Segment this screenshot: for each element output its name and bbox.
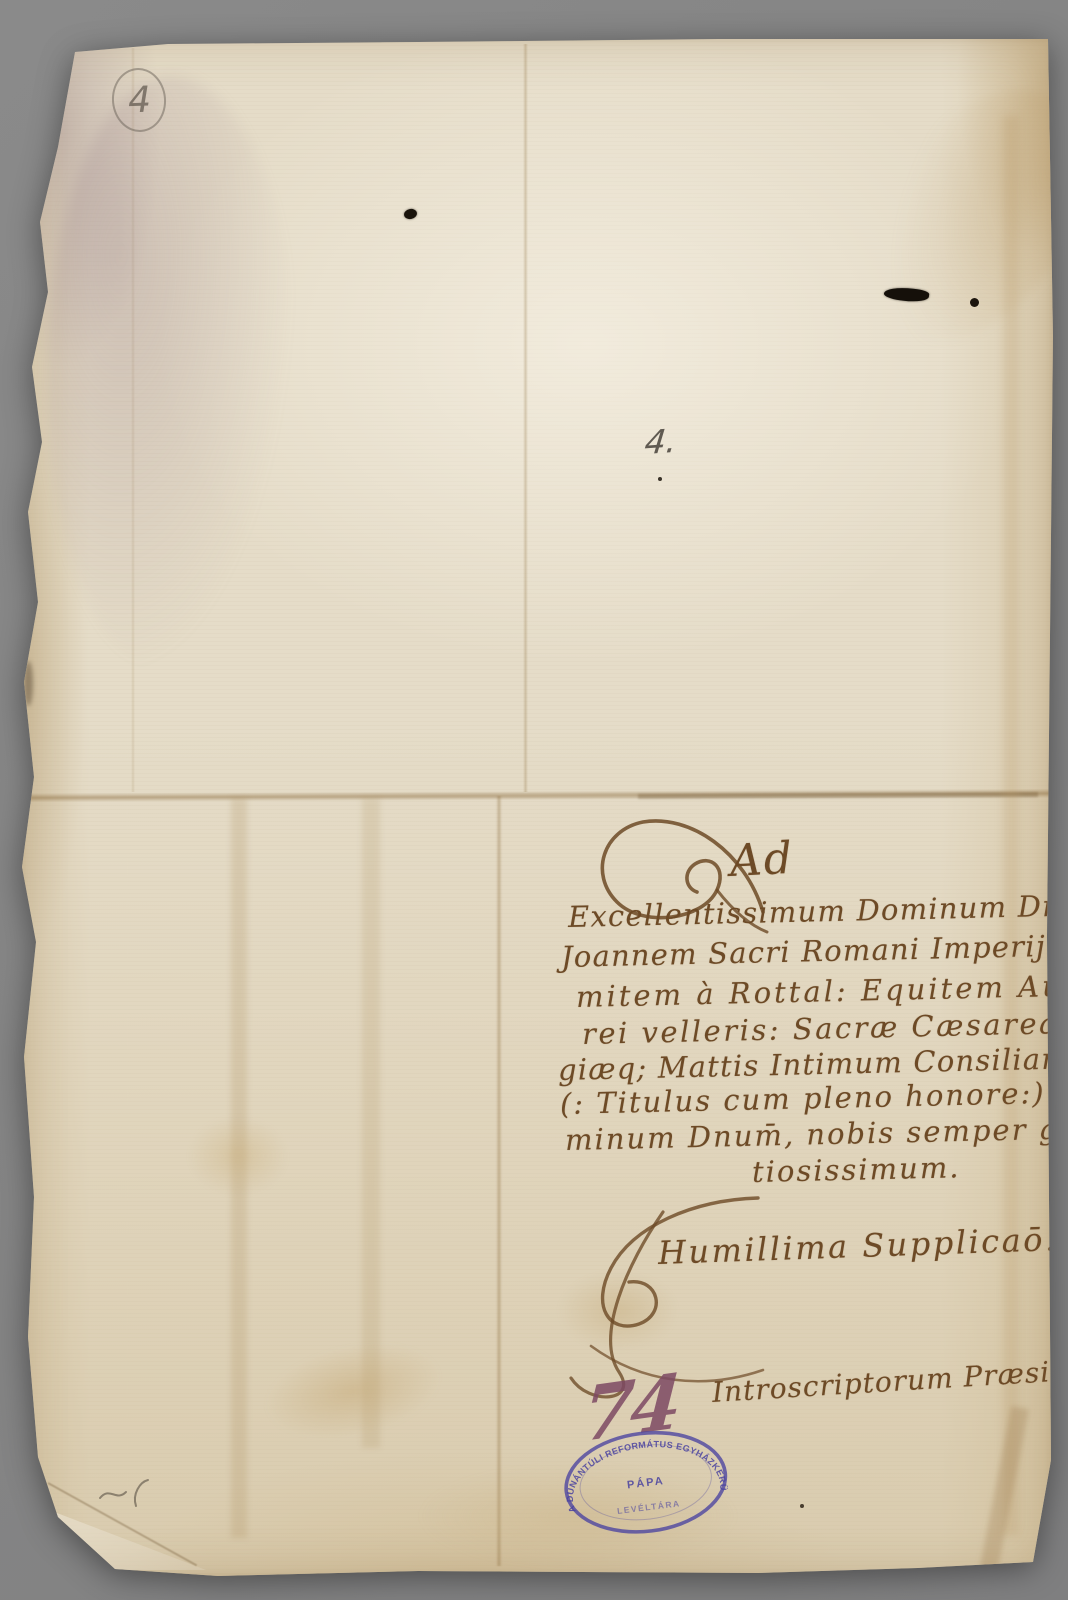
stain-top-left — [46, 76, 296, 676]
pencil-squiggle — [96, 1468, 166, 1513]
right-edge-crease — [1003, 116, 1019, 1536]
stain-top-right-corner — [824, 50, 1068, 383]
ink-blob — [883, 285, 929, 303]
vertical-stain-band-2 — [362, 798, 380, 1448]
horizontal-fold-dark-segment — [638, 792, 1038, 799]
tiny-dot-bottom — [800, 1504, 804, 1508]
salutation: Ad — [729, 833, 796, 887]
ink-dot — [970, 298, 979, 307]
edge-tear-shadow-1 — [22, 416, 33, 486]
ink-spot-hole — [403, 208, 418, 220]
edge-tear-shadow-3 — [24, 661, 33, 706]
vertical-crease-left-upper — [131, 48, 135, 792]
horizontal-fold-line — [18, 789, 1054, 803]
folio-number: 4 — [127, 79, 151, 121]
paper-leaf: 4 4. Ad Excellentissimum Dominum Dnum̄ J… — [18, 36, 1054, 1578]
archive-stamp: A DUNÁNTÚLI REFORMÁTUS EGYHÁZKERÜLET PÁP… — [551, 1413, 744, 1554]
stamp-bottom-text: LEVÉLTÁRA — [617, 1498, 682, 1516]
vertical-fold-lower — [496, 796, 502, 1566]
tiny-dot-center — [658, 477, 662, 481]
stain-mid-left — [188, 1116, 288, 1196]
bottom-right-crease — [975, 1406, 1029, 1596]
leaf-mark: 4. — [643, 421, 679, 462]
vertical-stain-band-1 — [231, 798, 247, 1538]
edge-tear-shadow-2 — [19, 546, 32, 641]
stain-blob-lower-left — [256, 1328, 451, 1453]
vertical-fold-upper — [523, 44, 528, 792]
stamp-center-text: PÁPA — [626, 1474, 665, 1492]
address-line: tiosissimum. — [752, 1150, 961, 1189]
manuscript-scan: 4 4. Ad Excellentissimum Dominum Dnum̄ J… — [18, 36, 1054, 1578]
folio-circle: 4 — [109, 66, 168, 134]
